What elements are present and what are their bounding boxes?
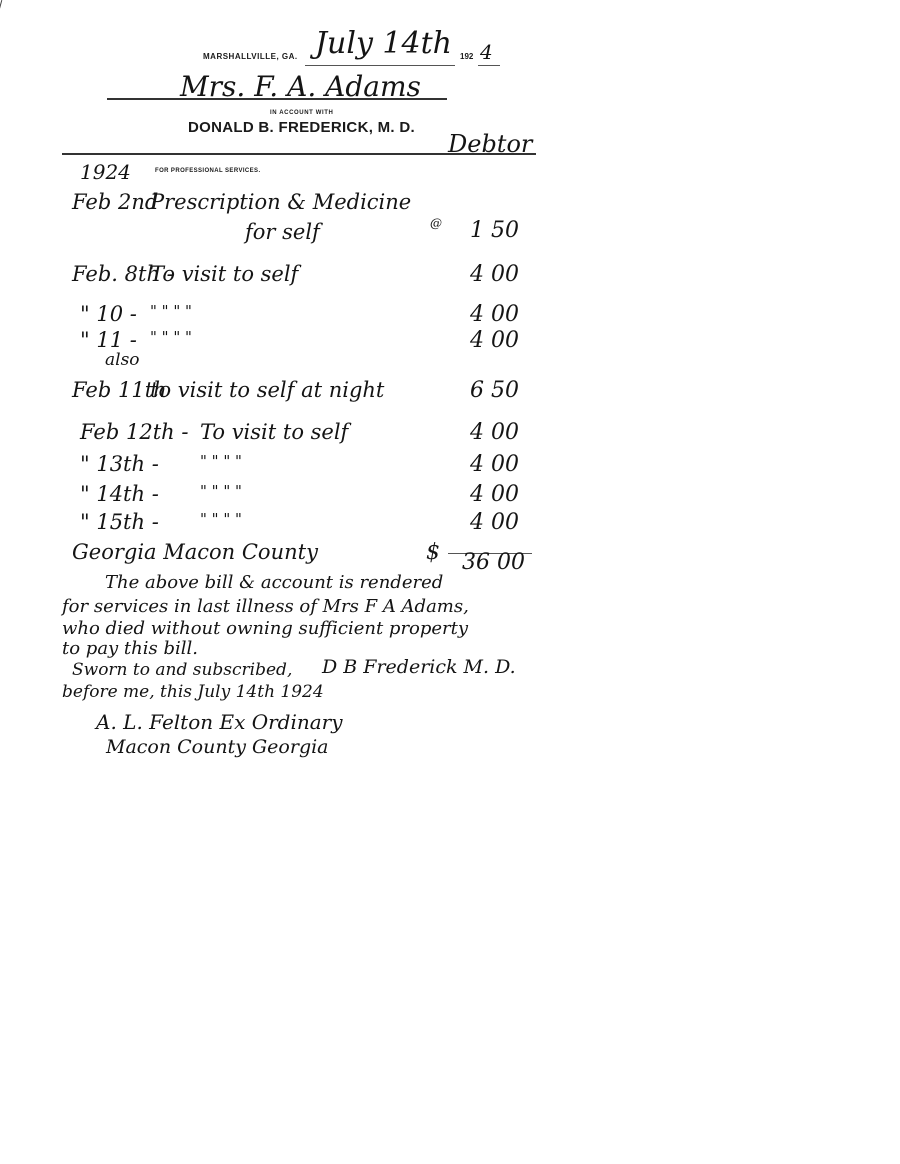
affidavit-line-1: The above bill & account is rendered <box>105 572 443 593</box>
item-amount: 4 00 <box>470 510 519 535</box>
item-description: to visit to self at night <box>150 378 384 402</box>
total-currency: $ <box>426 540 440 565</box>
item-description: To visit to self <box>200 420 348 444</box>
official-signature: A. L. Felton Ex Ordinary <box>96 710 343 734</box>
item-amount: 1 50 <box>470 218 519 243</box>
official-county: Macon County Georgia <box>106 736 329 758</box>
header-rule <box>62 153 536 155</box>
physician-name: DONALD B. FREDERICK, M. D. <box>188 119 415 136</box>
item-description: " " " " <box>150 328 192 346</box>
item-date: Feb 12th - <box>80 420 188 444</box>
affidavit-line-4: to pay this bill. <box>62 638 198 659</box>
physician-signature: D B Frederick M. D. <box>322 656 516 678</box>
item-date: " 14th - <box>80 482 159 506</box>
year-printed-prefix: 192 <box>460 52 473 61</box>
item-amount: 4 00 <box>470 328 519 353</box>
item-amount: 6 50 <box>470 378 519 403</box>
item-description-line2: for self <box>245 220 320 244</box>
item-amount: 4 00 <box>470 262 519 287</box>
date-handwritten: July 14th <box>315 26 452 61</box>
item-date: " 10 - <box>80 302 137 326</box>
item-date: " 15th - <box>80 510 159 534</box>
item-marker: @ <box>430 216 442 230</box>
year-handwritten-suffix: 4 <box>480 40 493 64</box>
item-description: " " " " <box>150 302 192 320</box>
in-account-with-label: IN ACCOUNT WITH <box>270 110 333 116</box>
item-date: " 13th - <box>80 452 159 476</box>
document-page: MARSHALLVILLE, GA. July 14th 192 4 Mrs. … <box>0 0 900 1164</box>
total-amount: 36 00 <box>462 550 525 575</box>
item-description: " " " " <box>200 482 242 500</box>
item-description: " " " " <box>200 510 242 528</box>
item-description: " " " " <box>200 452 242 470</box>
item-date: Feb 2nd <box>72 190 158 214</box>
ledger-year: 1924 <box>80 160 131 184</box>
item-date: " 11 - <box>80 328 137 352</box>
pen-tick-mark <box>0 0 2 10</box>
date-rule <box>305 65 455 66</box>
before-me-line: before me, this July 14th 1924 <box>62 682 324 702</box>
year-rule <box>478 65 500 66</box>
item-amount: 4 00 <box>470 452 519 477</box>
venue: Georgia Macon County <box>72 540 318 564</box>
sworn-line: Sworn to and subscribed, <box>72 660 292 680</box>
item-description: Prescription & Medicine <box>150 190 411 214</box>
item-description: To visit to self <box>150 262 298 286</box>
place-printed: MARSHALLVILLE, GA. <box>203 52 298 61</box>
professional-services-heading: FOR PROFESSIONAL SERVICES. <box>155 168 261 174</box>
affidavit-line-2: for services in last illness of Mrs F A … <box>62 596 469 617</box>
item-amount: 4 00 <box>470 420 519 445</box>
item-amount: 4 00 <box>470 482 519 507</box>
affidavit-line-3: who died without owning sufficient prope… <box>62 618 468 639</box>
patient-rule <box>107 98 447 100</box>
item-amount: 4 00 <box>470 302 519 327</box>
ledger-note: also <box>105 350 140 370</box>
